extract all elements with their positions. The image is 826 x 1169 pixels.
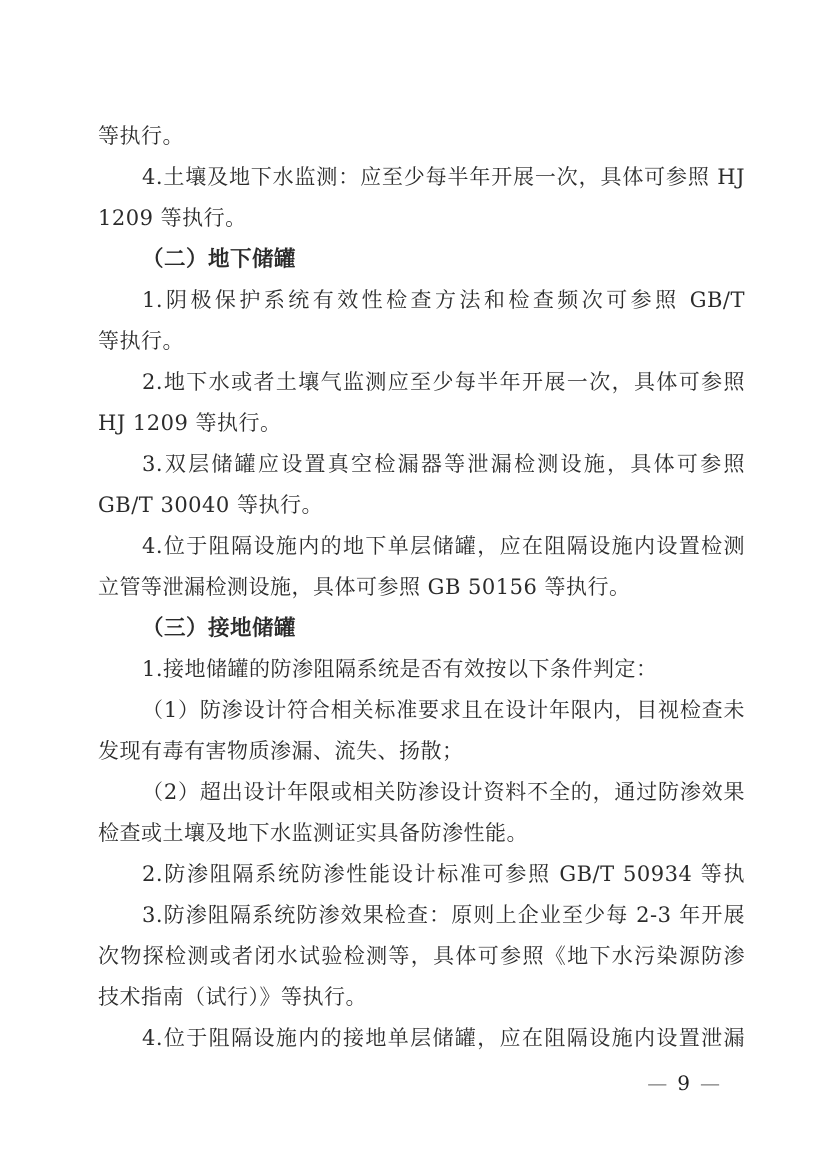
text-line: 技术指南（试行）》等执行。	[98, 977, 745, 1018]
page-number: 9	[677, 1071, 690, 1095]
text-line: （1）防渗设计符合相关标准要求且在设计年限内，目视检查未	[98, 690, 745, 731]
text-line: 1.阴极保护系统有效性检查方法和检查频次可参照 GB/T 33378	[98, 280, 745, 321]
page-footer: —9—	[98, 1068, 720, 1098]
text-line: 3.防渗阻隔系统防渗效果检查：原则上企业至少每 2-3 年开展 1	[98, 895, 745, 936]
page-number-dash-left: —	[647, 1071, 667, 1095]
text-line: 检查或土壤及地下水监测证实具备防渗性能。	[98, 813, 745, 854]
text-line: 等执行。	[98, 116, 745, 157]
text-line: 2.地下水或者土壤气监测应至少每半年开展一次，具体可参照	[98, 362, 745, 403]
text-line: 立管等泄漏检测设施，具体可参照 GB 50156 等执行。	[98, 567, 745, 608]
text-line: 3.双层储罐应设置真空检漏器等泄漏检测设施，具体可参照	[98, 444, 745, 485]
text-line: 等执行。	[98, 321, 745, 362]
text-line: GB/T 30040 等执行。	[98, 485, 745, 526]
text-line: 次物探检测或者闭水试验检测等，具体可参照《地下水污染源防渗	[98, 936, 745, 977]
section-heading: （二）地下储罐	[98, 239, 745, 280]
text-line: （2）超出设计年限或相关防渗设计资料不全的，通过防渗效果	[98, 772, 745, 813]
text-line: 4.位于阻隔设施内的接地单层储罐，应在阻隔设施内设置泄漏	[98, 1018, 745, 1059]
document-page: 等执行。4.土壤及地下水监测：应至少每半年开展一次，具体可参照 HJ1209 等…	[0, 0, 826, 1169]
text-line: HJ 1209 等执行。	[98, 403, 745, 444]
document-body: 等执行。4.土壤及地下水监测：应至少每半年开展一次，具体可参照 HJ1209 等…	[98, 116, 745, 1059]
page-number-dash-right: —	[700, 1071, 720, 1095]
text-line: 4.位于阻隔设施内的地下单层储罐，应在阻隔设施内设置检测	[98, 526, 745, 567]
text-line: 2.防渗阻隔系统防渗性能设计标准可参照 GB/T 50934 等执行。	[98, 854, 745, 895]
text-line: 1209 等执行。	[98, 198, 745, 239]
text-line: 发现有毒有害物质渗漏、流失、扬散；	[98, 731, 745, 772]
section-heading: （三）接地储罐	[98, 608, 745, 649]
text-line: 1.接地储罐的防渗阻隔系统是否有效按以下条件判定：	[98, 649, 745, 690]
text-line: 4.土壤及地下水监测：应至少每半年开展一次，具体可参照 HJ	[98, 157, 745, 198]
